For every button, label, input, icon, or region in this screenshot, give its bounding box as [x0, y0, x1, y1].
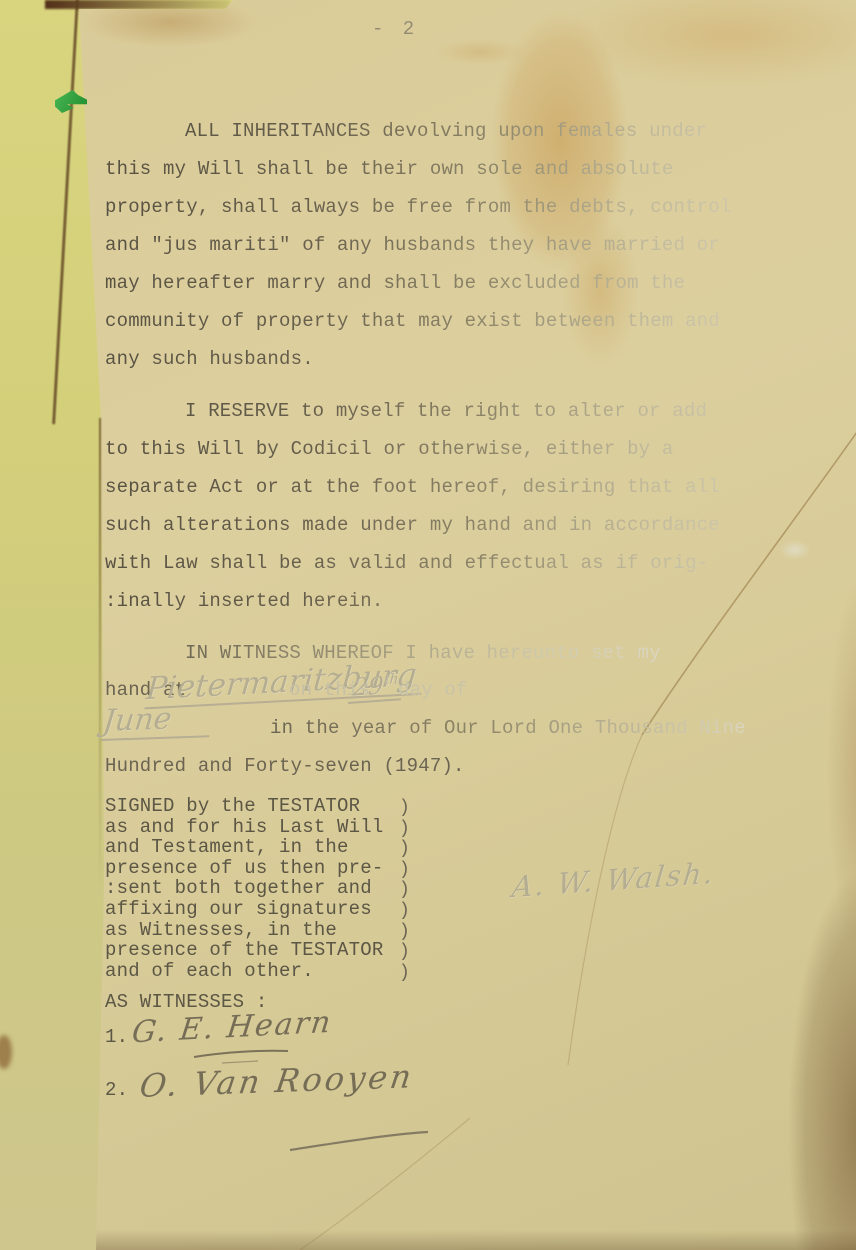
ink-blot — [0, 1035, 12, 1069]
day-ordinal-suffix: th — [383, 671, 399, 688]
attestation-clause: SIGNED by the TESTATOR as and for his La… — [105, 796, 405, 981]
scanned-will-page: - 2 ALL INHERITANCES devolving upon fema… — [0, 0, 856, 1250]
witness-clause-line3: in the year of Our Lord One Thousand Nin… — [270, 717, 746, 739]
bracket-glyph: ) — [399, 922, 410, 943]
bracket-glyph: ) — [399, 942, 410, 963]
day-number: 29 — [352, 671, 384, 701]
page-edge-shadow-lower — [99, 418, 101, 888]
bracket-glyph: ) — [399, 860, 410, 881]
bracket-glyph: ) — [399, 963, 410, 984]
bracket-glyph: ) — [399, 798, 410, 819]
witness-clause-day-of: day of — [398, 679, 468, 701]
witness-clause-line4: Hundred and Forty-seven (1947). — [105, 755, 465, 777]
bracket-glyph: ) — [399, 901, 410, 922]
page-edge-shadow-upper — [52, 0, 79, 424]
handwritten-month: June — [101, 700, 213, 741]
binding-shadow-top — [45, 0, 230, 9]
attestation-bracket: ) ) ) ) ) ) ) ) ) — [399, 798, 410, 983]
page-number: - 2 — [372, 18, 418, 40]
handwritten-day: 29th — [348, 670, 403, 704]
bracket-glyph: ) — [399, 880, 410, 901]
witness2-number: 2. — [105, 1079, 128, 1101]
witness1-number: 1. — [105, 1026, 128, 1048]
bracket-glyph: ) — [399, 819, 410, 840]
will-paragraph-inheritances: ALL INHERITANCES devolving upon females … — [105, 112, 795, 378]
bracket-glyph: ) — [399, 839, 410, 860]
will-paragraph-reserve: I RESERVE to myself the right to alter o… — [105, 392, 795, 620]
